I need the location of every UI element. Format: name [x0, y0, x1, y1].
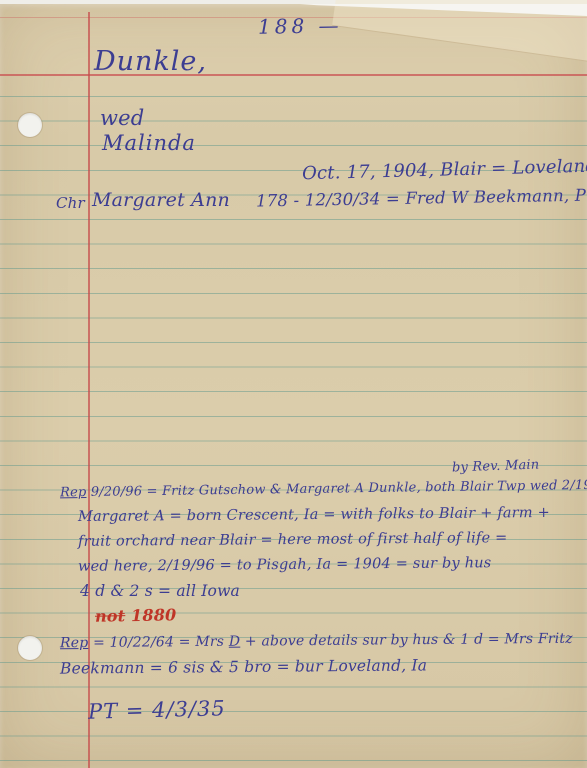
- left-margin-line: [88, 12, 90, 768]
- report-1964-mrs-d-initial: D: [229, 634, 241, 650]
- page-number: 188 —: [258, 13, 343, 38]
- scanned-notebook-page: 188 — Dunkle, wed Malinda Oct. 17, 1904,…: [0, 0, 587, 768]
- report-1896-rep-label: Rep: [60, 485, 87, 500]
- report-1896-line5: 4 d & 2 s = all Iowa: [80, 582, 240, 600]
- hole-punch-top: [18, 113, 42, 137]
- red-ink-correction: not 1880: [95, 605, 177, 625]
- hole-punch-bottom: [18, 636, 42, 660]
- report-1964-line1-text-b: + above details sur by hus & 1 d = Mrs F…: [240, 631, 573, 650]
- family-name-heading: Dunkle,: [94, 46, 207, 77]
- report-1964-rep-label: Rep: [60, 635, 89, 651]
- child-name: Margaret Ann: [92, 189, 230, 211]
- correction-year: 1880: [125, 605, 176, 625]
- wife-name: Malinda: [102, 131, 196, 155]
- paper-sheet: 188 — Dunkle, wed Malinda Oct. 17, 1904,…: [0, 4, 587, 768]
- wed-label: wed: [100, 106, 144, 130]
- report-1964-line2: Beekmann = 6 sis & 5 bro = bur Loveland,…: [60, 656, 427, 677]
- correction-struck-word: not: [95, 606, 126, 626]
- officiant-superscript-note: by Rev. Main: [452, 457, 540, 475]
- report-1964-line1-text-a: = 10/22/64 = Mrs: [88, 634, 229, 651]
- pt-date-note: PT = 4/3/35: [88, 696, 226, 724]
- children-section-label: Chr: [56, 194, 85, 212]
